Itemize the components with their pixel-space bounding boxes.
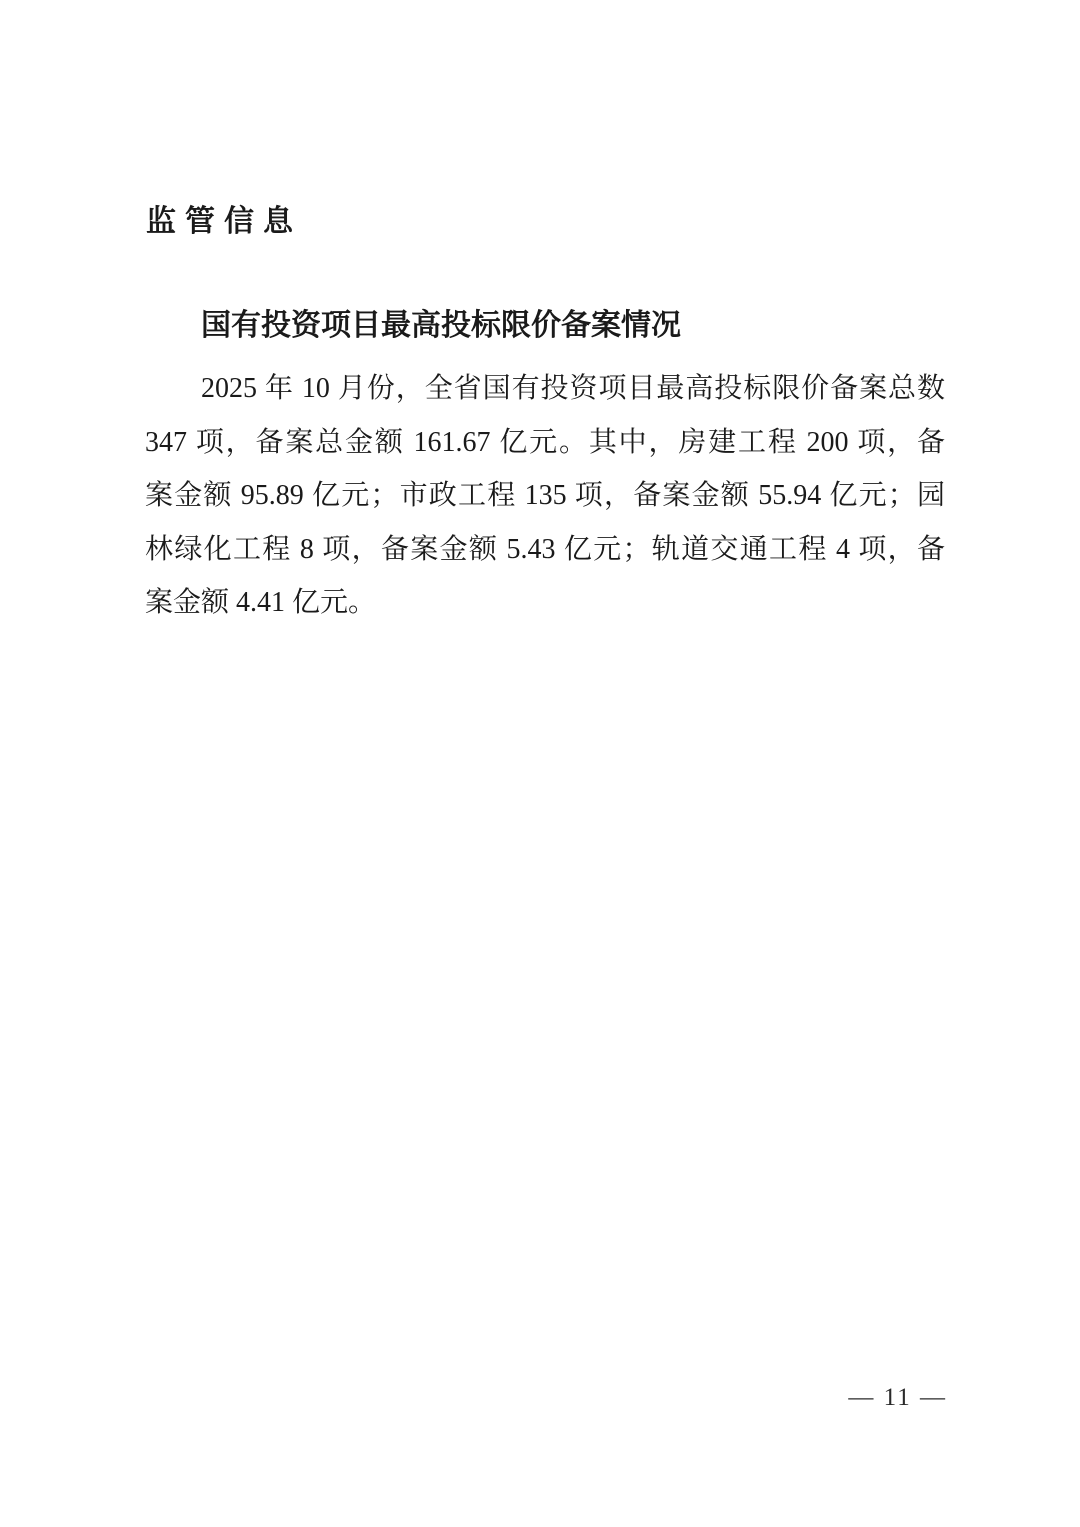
body-line: 案金额 95.89 亿元；市政工程 135 项，备案金额 55.94 亿元；园 — [145, 469, 945, 523]
article-body: 2025 年 10 月份，全省国有投资项目最高投标限价备案总数 347 项，备案… — [145, 362, 945, 630]
page-number: — 11 — — [848, 1384, 947, 1412]
section-header: 监管信息 — [146, 196, 302, 240]
body-line: 案金额 4.41 亿元。 — [145, 576, 945, 630]
body-line: 2025 年 10 月份，全省国有投资项目最高投标限价备案总数 — [145, 362, 945, 416]
article-title: 国有投资项目最高投标限价备案情况 — [145, 306, 945, 346]
document-page: 监管信息 国有投资项目最高投标限价备案情况 2025 年 10 月份，全省国有投… — [0, 0, 1080, 1527]
body-line: 347 项，备案总金额 161.67 亿元。其中，房建工程 200 项，备 — [145, 416, 945, 470]
body-line: 林绿化工程 8 项，备案金额 5.43 亿元；轨道交通工程 4 项，备 — [145, 523, 945, 577]
